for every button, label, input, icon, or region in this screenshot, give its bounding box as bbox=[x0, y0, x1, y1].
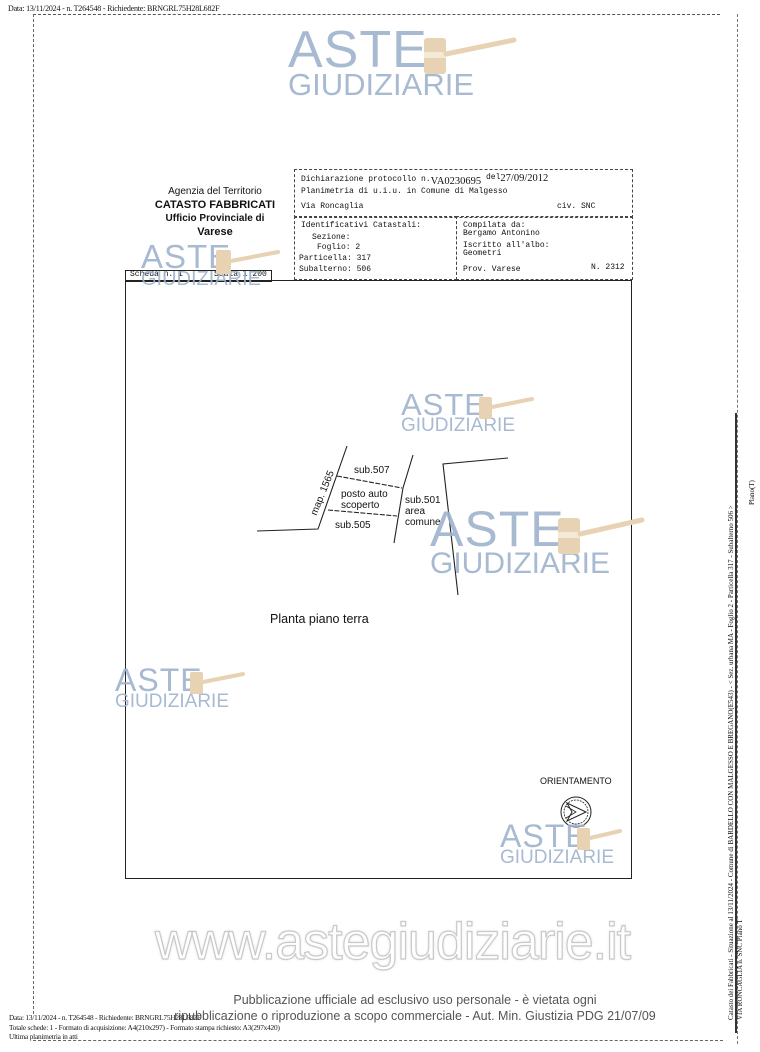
scoperto-label: scoperto bbox=[341, 500, 379, 511]
footer-format-line: Totale schede: 1 - Formato di acquisizio… bbox=[9, 1023, 280, 1033]
publication-line-1: Pubblicazione ufficiale ad esclusivo uso… bbox=[165, 992, 665, 1008]
sub507-label: sub.507 bbox=[354, 465, 390, 476]
gavel-icon bbox=[574, 824, 624, 854]
gavel-icon bbox=[187, 668, 247, 698]
situation-line-2: VIA RONCAGLIA n. SNC Piano T bbox=[736, 420, 745, 1020]
gavel-icon bbox=[418, 30, 518, 80]
sub505-label: sub.505 bbox=[335, 520, 371, 531]
plan-tag: Plano(T) bbox=[748, 480, 756, 505]
footer-request-line: Data: 13/11/2024 - n. T264548 - Richiede… bbox=[9, 1013, 280, 1023]
plan-title: Planta piano terra bbox=[270, 612, 369, 626]
side-divider bbox=[735, 413, 737, 1033]
gavel-icon bbox=[212, 245, 282, 279]
posto-auto-label: posto auto bbox=[341, 489, 388, 500]
footer-last-plan-line: Ultima planimetria in atti bbox=[9, 1032, 280, 1042]
area-label: area bbox=[405, 506, 425, 517]
document-footer: Data: 13/11/2024 - n. T264548 - Richiede… bbox=[9, 1013, 280, 1042]
orientation-label: ORIENTAMENTO bbox=[540, 776, 612, 786]
parcel-boundary-left bbox=[257, 446, 347, 531]
gavel-icon bbox=[476, 393, 536, 423]
gavel-icon bbox=[552, 510, 647, 560]
site-watermark: www.astegiudiziarie.it bbox=[155, 912, 630, 972]
